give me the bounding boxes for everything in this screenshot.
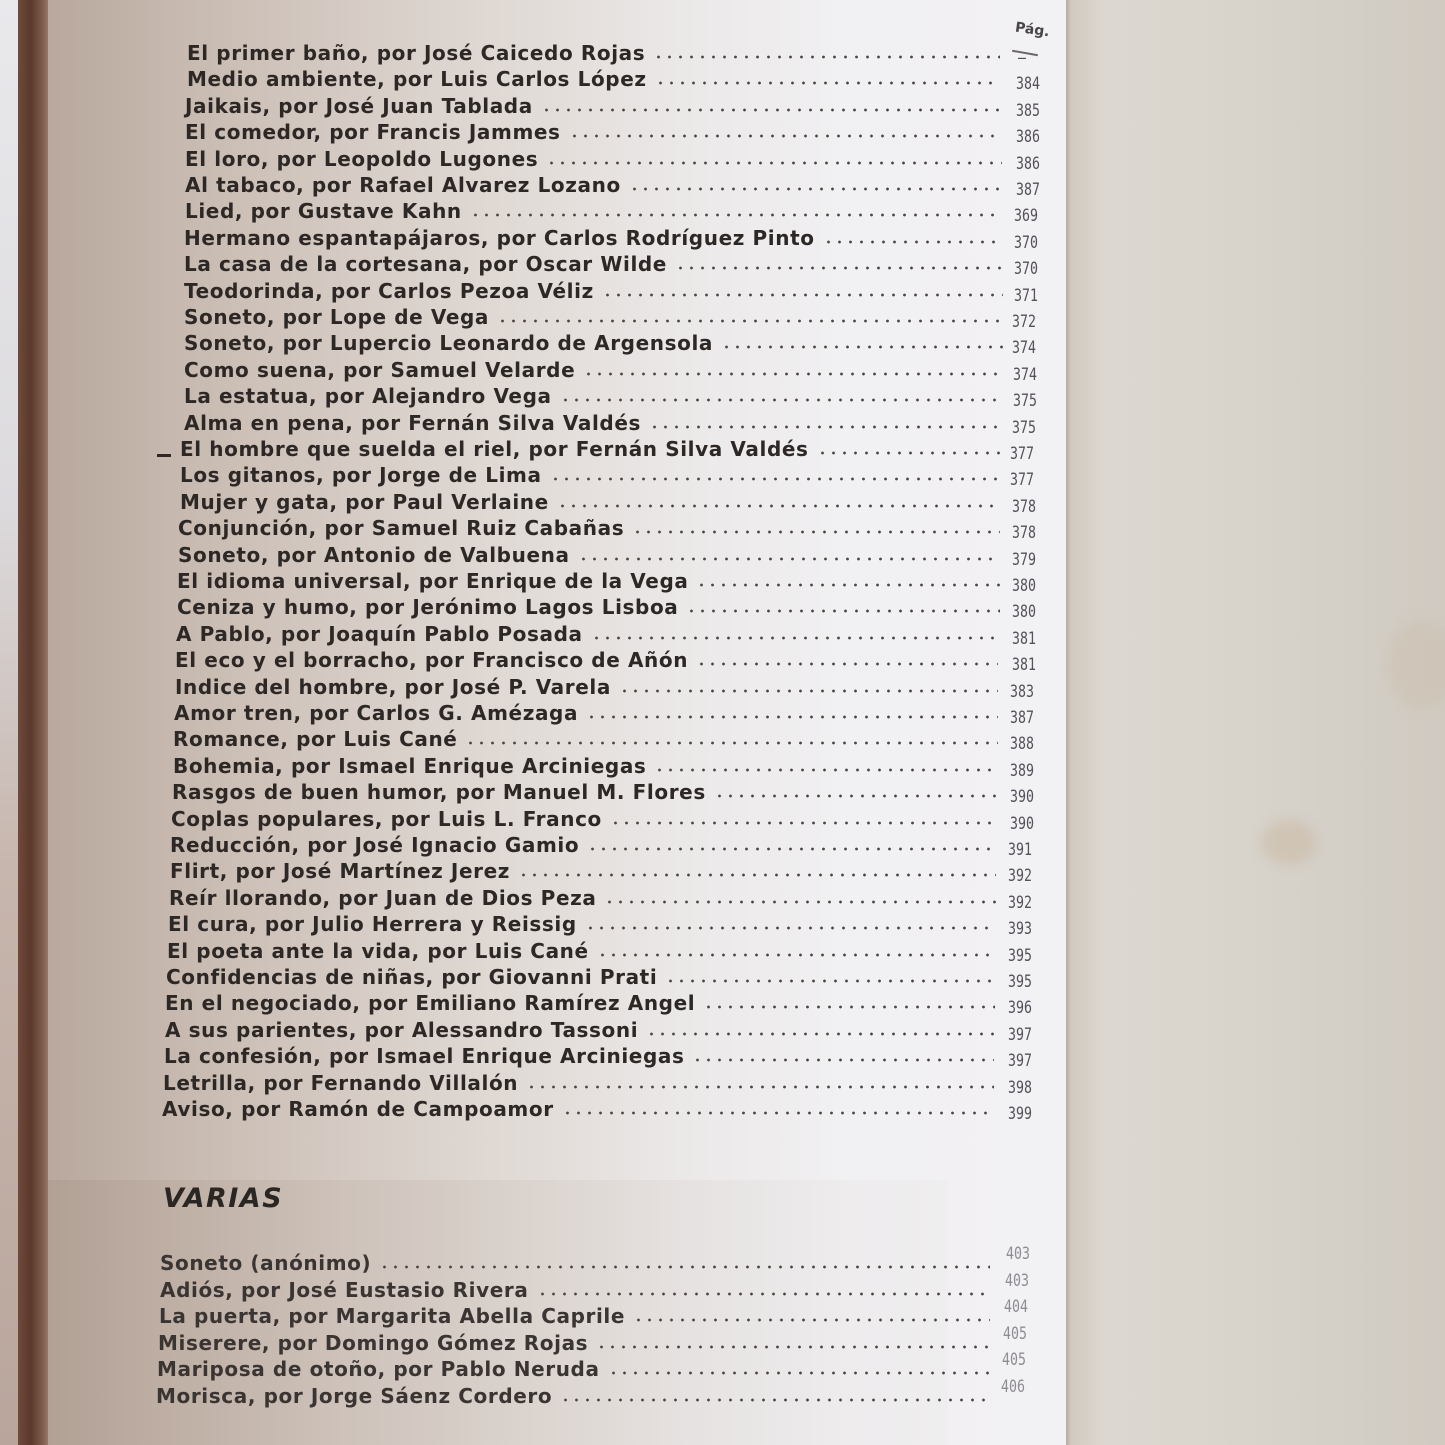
entry-title: Reducción, por José Ignacio Gamio	[170, 833, 587, 857]
entry-page-number: 374	[1013, 365, 1044, 385]
entry-title: En el negociado, por Emiliano Ramírez An…	[165, 991, 703, 1015]
dot-leader	[583, 371, 1002, 377]
dot-leader	[465, 740, 998, 746]
entry-page-number: 406	[1001, 1377, 1032, 1397]
entry-page-number: 375	[1012, 418, 1043, 438]
entry-page-number: 398	[1008, 1078, 1039, 1098]
dot-leader	[518, 872, 996, 878]
entry-title: Miserere, por Domingo Gómez Rojas	[158, 1331, 596, 1355]
dot-leader	[686, 608, 1000, 614]
dot-leader	[569, 133, 1002, 139]
toc-entry: Indice del hombre, por José P. Varela	[175, 672, 998, 699]
toc-entry: La casa de la cortesana, por Oscar Wilde	[184, 249, 1003, 276]
entry-title: Soneto (anónimo)	[160, 1251, 379, 1275]
dot-leader	[591, 635, 998, 641]
entry-title: La confesión, por Ismael Enrique Arcinie…	[164, 1044, 692, 1068]
entry-page-number: 380	[1012, 576, 1043, 596]
entry-title: Al tabaco, por Rafael Alvarez Lozano	[185, 173, 629, 197]
dot-leader	[665, 978, 995, 984]
entry-title: El idioma universal, por Enrique de la V…	[177, 569, 696, 593]
dot-leader	[560, 1397, 990, 1403]
section-heading-varias: VARIAS	[163, 1183, 283, 1214]
paper-stain	[1261, 820, 1316, 865]
toc-entry: El hombre que suelda el riel, por Fernán…	[180, 434, 1000, 461]
toc-entry: Morisca, por Jorge Sáenz Cordero	[156, 1381, 990, 1408]
dot-leader	[587, 846, 996, 852]
dot-leader	[578, 556, 1000, 562]
entry-page-number: 372	[1012, 312, 1043, 332]
entry-page-number: 379	[1012, 550, 1043, 570]
dot-leader	[470, 212, 1002, 218]
entry-page-number: 384	[1016, 74, 1047, 94]
dot-leader	[649, 424, 1002, 430]
entry-title: El eco y el borracho, por Francisco de A…	[175, 648, 696, 672]
toc-entry: Conjunción, por Samuel Ruiz Cabañas	[178, 513, 1000, 540]
toc-entry: Mujer y gata, por Paul Verlaine	[180, 487, 1000, 514]
entry-page-number: 404	[1004, 1297, 1035, 1317]
entry-page-number: 396	[1008, 998, 1039, 1018]
entry-page-number: 405	[1002, 1350, 1033, 1370]
dot-leader	[655, 80, 1000, 86]
toc-entry: En el negociado, por Emiliano Ramírez An…	[165, 988, 995, 1015]
entry-title: Lied, por Gustave Kahn	[185, 199, 470, 223]
toc-entry: Ceniza y humo, por Jerónimo Lagos Lisboa	[177, 592, 1000, 619]
pencil-margin-mark	[157, 454, 171, 457]
entry-page-number: 397	[1008, 1051, 1039, 1071]
dot-leader	[610, 820, 997, 826]
entry-title: Coplas populares, por Luis L. Franco	[171, 807, 610, 831]
dot-leader	[608, 1370, 990, 1376]
toc-entry: Romance, por Luis Cané	[173, 724, 998, 751]
entry-title: Romance, por Luis Cané	[173, 727, 465, 751]
entry-title: Los gitanos, por Jorge de Lima	[180, 463, 550, 487]
toc-entry: El idioma universal, por Enrique de la V…	[177, 566, 1000, 593]
toc-entry: Confidencias de niñas, por Giovanni Prat…	[166, 962, 995, 989]
toc-entry: Soneto, por Lope de Vega	[184, 302, 1003, 329]
toc-entry: Reír llorando, por Juan de Dios Peza	[169, 883, 996, 910]
entry-page-number: 405	[1003, 1324, 1034, 1344]
toc-entry: Jaikais, por José Juan Tablada	[185, 91, 1002, 118]
entry-page-number: 387	[1010, 708, 1041, 728]
toc-entry: Soneto (anónimo)	[160, 1248, 990, 1275]
toc-entry: Hermano espantapájaros, por Carlos Rodrí…	[184, 223, 1002, 250]
dot-leader	[379, 1264, 990, 1270]
entry-page-number: 369	[1014, 206, 1045, 226]
dot-leader	[541, 107, 1002, 113]
entry-page-number: 370	[1014, 233, 1045, 253]
toc-entry: Bohemia, por Ismael Enrique Arciniegas	[173, 751, 998, 778]
entry-title: Alma en pena, por Fernán Silva Valdés	[184, 411, 649, 435]
dot-leader	[633, 1317, 990, 1323]
dot-leader	[703, 1004, 995, 1010]
dot-leader	[823, 239, 1002, 245]
entry-title: La estatua, por Alejandro Vega	[184, 384, 560, 408]
toc-entry: Como suena, por Samuel Velarde	[184, 355, 1002, 382]
facing-page	[1066, 0, 1445, 1445]
toc-entry: La estatua, por Alejandro Vega	[184, 381, 1002, 408]
dot-leader	[537, 1291, 991, 1297]
toc-entry: Los gitanos, por Jorge de Lima	[180, 460, 1000, 487]
entry-title: Hermano espantapájaros, por Carlos Rodrí…	[184, 226, 823, 250]
toc-entry: Medio ambiente, por Luis Carlos López	[187, 64, 1000, 91]
entry-title: Bohemia, por Ismael Enrique Arciniegas	[173, 754, 654, 778]
dot-leader	[604, 899, 996, 905]
entry-page-number: 393	[1008, 919, 1039, 939]
toc-entry: Miserere, por Domingo Gómez Rojas	[158, 1328, 990, 1355]
dot-leader	[557, 503, 1000, 509]
toc-entry: Aviso, por Ramón de Campoamor	[162, 1094, 993, 1121]
entry-title: La puerta, por Margarita Abella Caprile	[159, 1304, 633, 1328]
dot-leader	[696, 661, 998, 667]
entry-title: Flirt, por José Martínez Jerez	[170, 859, 518, 883]
toc-entry: Lied, por Gustave Kahn	[185, 196, 1002, 223]
entry-page-number: 385	[1016, 101, 1047, 121]
entry-title: Teodorinda, por Carlos Pezoa Véliz	[184, 279, 602, 303]
entry-title: Ceniza y humo, por Jerónimo Lagos Lisboa	[177, 595, 686, 619]
entry-page-number: 397	[1008, 1025, 1039, 1045]
entry-title: Reír llorando, por Juan de Dios Peza	[169, 886, 604, 910]
entry-title: El cura, por Julio Herrera y Reissig	[168, 912, 585, 936]
entry-title: Amor tren, por Carlos G. Amézaga	[174, 701, 586, 725]
entry-page-number: 383	[1010, 682, 1041, 702]
toc-entry: Coplas populares, por Luis L. Franco	[171, 804, 997, 831]
dot-leader	[696, 582, 1000, 588]
entry-title: El hombre que suelda el riel, por Fernán…	[180, 437, 817, 461]
entry-title: Confidencias de niñas, por Giovanni Prat…	[166, 965, 665, 989]
dot-leader	[817, 450, 1000, 456]
toc-entry: La puerta, por Margarita Abella Caprile	[159, 1301, 990, 1328]
entry-title: Conjunción, por Samuel Ruiz Cabañas	[178, 516, 632, 540]
entry-title: A Pablo, por Joaquín Pablo Posada	[176, 622, 591, 646]
toc-entry: El poeta ante la vida, por Luis Cané	[167, 936, 995, 963]
dot-leader	[632, 529, 1000, 535]
toc-entry: Alma en pena, por Fernán Silva Valdés	[184, 408, 1002, 435]
toc-entry: Soneto, por Lupercio Leonardo de Argenso…	[184, 328, 1003, 355]
toc-entry: Mariposa de otoño, por Pablo Neruda	[157, 1354, 990, 1381]
entry-page-number: 390	[1010, 787, 1041, 807]
dot-leader	[585, 925, 996, 931]
entry-title: Adiós, por José Eustasio Rivera	[160, 1278, 537, 1302]
dot-leader	[497, 318, 1003, 324]
entry-page-number: 391	[1008, 840, 1039, 860]
entry-page-number: 386	[1016, 127, 1047, 147]
dot-leader	[597, 952, 995, 958]
dot-leader	[550, 476, 1000, 482]
entry-page-number: 395	[1008, 946, 1039, 966]
dot-leader	[586, 714, 998, 720]
entry-title: Jaikais, por José Juan Tablada	[185, 94, 541, 118]
entry-page-number: 381	[1012, 655, 1043, 675]
dot-leader	[675, 265, 1003, 271]
toc-entry: Soneto, por Antonio de Valbuena	[178, 540, 1000, 567]
dot-leader	[646, 1031, 994, 1037]
entry-page-number: 370	[1014, 259, 1045, 279]
entry-page-number: 390	[1010, 814, 1041, 834]
toc-entry: Adiós, por José Eustasio Rivera	[160, 1275, 990, 1302]
toc-entry: Reducción, por José Ignacio Gamio	[170, 830, 996, 857]
entry-page-number: 377	[1010, 444, 1041, 464]
dot-leader	[653, 54, 1000, 60]
dot-leader	[562, 1110, 993, 1116]
dot-leader	[629, 186, 1002, 192]
entry-page-number: 395	[1008, 972, 1039, 992]
entry-title: Como suena, por Samuel Velarde	[184, 358, 583, 382]
dot-leader	[596, 1344, 990, 1350]
entry-page-number: 386	[1016, 154, 1047, 174]
entry-title: Soneto, por Lope de Vega	[184, 305, 497, 329]
toc-entry: El cura, por Julio Herrera y Reissig	[168, 909, 996, 936]
entry-title: A sus parientes, por Alessandro Tassoni	[165, 1018, 646, 1042]
entry-page-number: 374	[1012, 338, 1043, 358]
dot-leader	[654, 767, 998, 773]
dot-leader	[721, 344, 1003, 350]
entry-title: Indice del hombre, por José P. Varela	[175, 675, 619, 699]
entry-page-number: 399	[1008, 1104, 1039, 1124]
entry-title: Mariposa de otoño, por Pablo Neruda	[157, 1357, 608, 1381]
entry-page-number: 381	[1012, 629, 1043, 649]
entry-page-number: 371	[1014, 286, 1045, 306]
dot-leader	[619, 688, 998, 694]
entry-title: La casa de la cortesana, por Oscar Wilde	[184, 252, 675, 276]
dot-leader	[714, 793, 997, 799]
entry-page-number: 392	[1008, 866, 1039, 886]
toc-entry: Teodorinda, por Carlos Pezoa Véliz	[184, 276, 1003, 303]
entry-page-number: 377	[1010, 470, 1041, 490]
entry-title: Morisca, por Jorge Sáenz Cordero	[156, 1384, 560, 1408]
entry-title: El poeta ante la vida, por Luis Cané	[167, 939, 597, 963]
page-gutter	[1066, 0, 1072, 1445]
toc-entry: Al tabaco, por Rafael Alvarez Lozano	[185, 170, 1002, 197]
toc-entry: A sus parientes, por Alessandro Tassoni	[165, 1015, 994, 1042]
dot-leader	[546, 160, 1002, 166]
dot-leader	[602, 292, 1003, 298]
entry-title: Aviso, por Ramón de Campoamor	[162, 1097, 562, 1121]
toc-entry: El loro, por Leopoldo Lugones	[185, 144, 1002, 171]
dot-leader	[560, 397, 1002, 403]
entry-page-number: 378	[1012, 523, 1043, 543]
paper-stain	[1386, 620, 1445, 710]
entry-page-number: —	[1018, 48, 1049, 68]
toc-entry: El eco y el borracho, por Francisco de A…	[175, 645, 998, 672]
entry-page-number: 389	[1010, 761, 1041, 781]
entry-title: Soneto, por Antonio de Valbuena	[178, 543, 578, 567]
entry-page-number: 380	[1012, 602, 1043, 622]
toc-entry: Flirt, por José Martínez Jerez	[170, 856, 996, 883]
entry-title: Medio ambiente, por Luis Carlos López	[187, 67, 655, 91]
toc-entry: El comedor, por Francis Jammes	[185, 117, 1002, 144]
book-cover-edge	[18, 0, 50, 1445]
dot-leader	[526, 1084, 994, 1090]
entry-page-number: 387	[1016, 180, 1047, 200]
entry-title: El loro, por Leopoldo Lugones	[185, 147, 546, 171]
entry-title: El primer baño, por José Caicedo Rojas	[187, 41, 653, 65]
entry-title: Rasgos de buen humor, por Manuel M. Flor…	[172, 780, 714, 804]
entry-title: El comedor, por Francis Jammes	[185, 120, 569, 144]
toc-entry: La confesión, por Ismael Enrique Arcinie…	[164, 1041, 994, 1068]
entry-page-number: 375	[1013, 391, 1044, 411]
toc-entry: A Pablo, por Joaquín Pablo Posada	[176, 619, 998, 646]
toc-entry: Rasgos de buen humor, por Manuel M. Flor…	[172, 777, 997, 804]
entry-page-number: 403	[1006, 1244, 1037, 1264]
entry-page-number: 378	[1012, 497, 1043, 517]
entry-title: Mujer y gata, por Paul Verlaine	[180, 490, 557, 514]
entry-page-number: 388	[1010, 734, 1041, 754]
toc-entry: Letrilla, por Fernando Villalón	[163, 1068, 994, 1095]
toc-entry: Amor tren, por Carlos G. Amézaga	[174, 698, 998, 725]
dot-leader	[692, 1057, 994, 1063]
entry-title: Letrilla, por Fernando Villalón	[163, 1071, 526, 1095]
toc-entry: El primer baño, por José Caicedo Rojas	[187, 38, 1000, 65]
entry-page-number: 392	[1008, 893, 1039, 913]
entry-title: Soneto, por Lupercio Leonardo de Argenso…	[184, 331, 721, 355]
entry-page-number: 403	[1005, 1271, 1036, 1291]
